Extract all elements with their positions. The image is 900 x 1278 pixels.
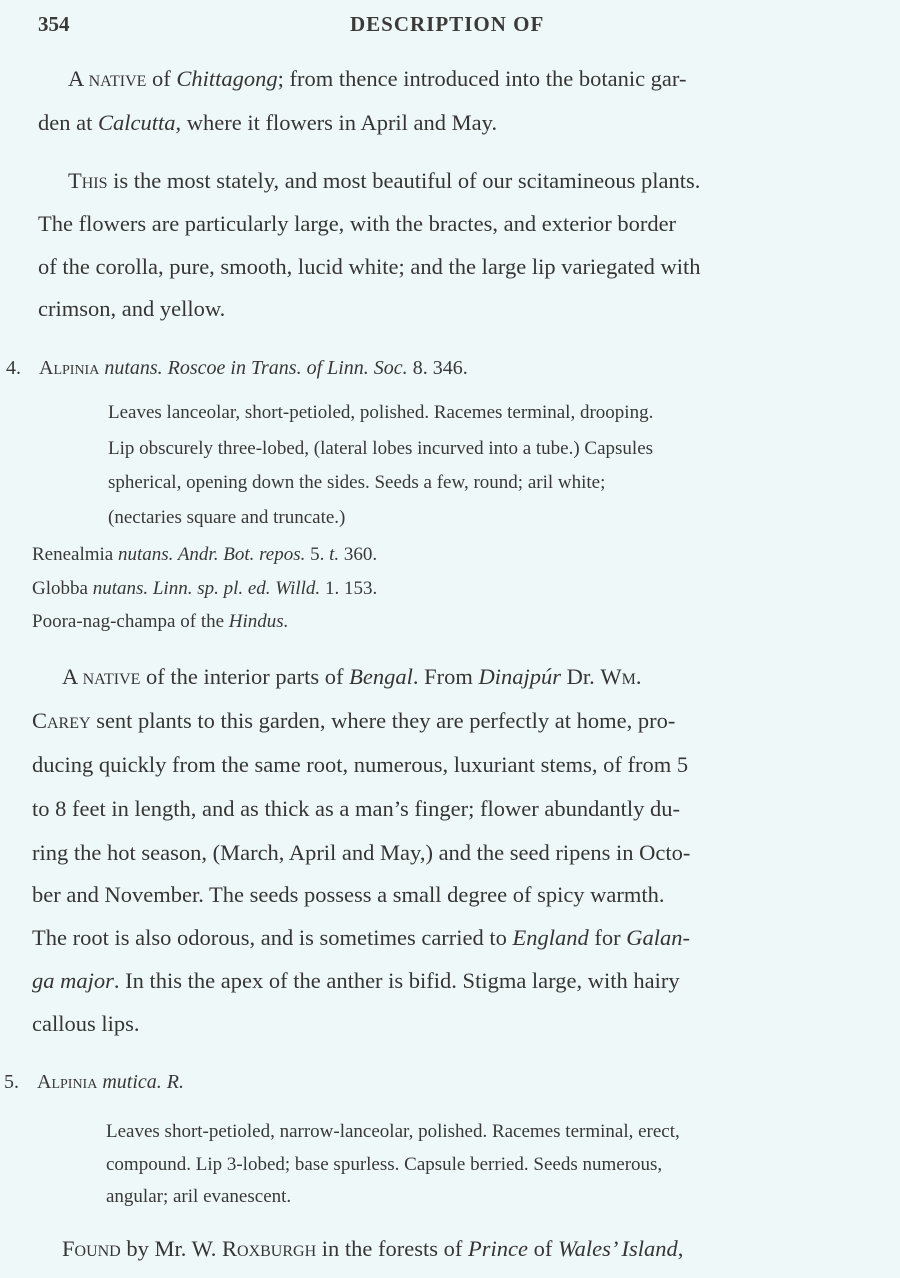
text-line: Found by Mr. W. Roxburgh in the forests … [62, 1236, 683, 1262]
text-line: A native of Chittagong; from thence intr… [68, 66, 886, 92]
text: of [528, 1236, 558, 1261]
genus-name: Alpinia [37, 1071, 97, 1093]
page-header-title: DESCRIPTION OF [350, 12, 544, 37]
description-line: angular; aril evanescent. [106, 1186, 291, 1208]
small-caps-lead: This [68, 168, 108, 193]
text: for [589, 925, 627, 950]
text-line: Carey sent plants to this garden, where … [32, 708, 675, 734]
synonym-line: Renealmia nutans. Andr. Bot. repos. 5. t… [32, 544, 377, 566]
synonym-genus: Renealmia [32, 544, 113, 565]
text: by Mr. W. [121, 1236, 222, 1261]
text: den at [38, 110, 98, 135]
synonym-ref: t. [329, 544, 339, 565]
synonym-ref: 5. [305, 544, 329, 565]
synonym-citation: nutans. Andr. Bot. repos. [118, 544, 305, 565]
plant-name: Galan- [626, 925, 690, 950]
text: of [146, 66, 176, 91]
place-name: Dinajpúr [478, 664, 561, 689]
authority: Roscoe in Trans. of Linn. Soc. [168, 357, 408, 379]
species-number: 4. [6, 357, 21, 379]
text-line: ducing quickly from the same root, numer… [32, 752, 688, 778]
text-line: to 8 feet in length, and as thick as a m… [32, 796, 680, 822]
description-line: compound. Lip 3-lobed; base spurless. Ca… [106, 1154, 662, 1176]
place-name: Prince [468, 1236, 528, 1261]
small-caps-lead: A native [68, 66, 146, 91]
text: sent plants to this garden, where they a… [91, 708, 676, 733]
person-name: Carey [32, 708, 91, 733]
description-line: Leaves short-petioled, narrow-lanceolar,… [106, 1121, 680, 1143]
text: in the forests of [316, 1236, 468, 1261]
book-page: 354 DESCRIPTION OF A native of Chittagon… [0, 0, 900, 1278]
text-line: den at Calcutta, where it flowers in Apr… [38, 110, 497, 136]
species-heading-5: 5.Alpinia mutica. R. [4, 1071, 184, 1094]
description-line: Lip obscurely three-lobed, (lateral lobe… [108, 438, 653, 460]
description-line: Leaves lanceolar, short-petioled, polish… [108, 402, 653, 424]
text-line: of the corolla, pure, smooth, lucid whit… [38, 254, 701, 280]
text-line: The root is also odorous, and is sometim… [32, 925, 690, 951]
vernacular-name: Poora-nag-champa of the [32, 611, 229, 632]
text-line: ga major. In this the apex of the anther… [32, 968, 680, 994]
text: Dr. [561, 664, 600, 689]
text-line: This is the most stately, and most beaut… [68, 168, 700, 194]
description-line: spherical, opening down the sides. Seeds… [108, 472, 605, 494]
description-line: (nectaries square and truncate.) [108, 507, 345, 529]
text-line: A native of the interior parts of Bengal… [62, 664, 641, 690]
text: is the most stately, and most beautiful … [108, 168, 701, 193]
species-name: mutica. [102, 1071, 161, 1093]
text: , where it flowers in April and May. [175, 110, 497, 135]
person-name: Wm. [600, 664, 641, 689]
synonym-ref: 360. [339, 544, 377, 565]
place-name: Chittagong [176, 66, 277, 91]
synonym-citation: nutans. Linn. sp. pl. ed. Willd. [93, 578, 321, 599]
reference: 8. 346. [413, 357, 468, 379]
species-heading-4: 4.Alpinia nutans. Roscoe in Trans. of Li… [6, 357, 468, 380]
text: . In this the apex of the anther is bifi… [114, 968, 680, 993]
text: The root is also odorous, and is sometim… [32, 925, 513, 950]
text-line: The flowers are particularly large, with… [38, 211, 676, 237]
synonym-genus: Globba [32, 578, 88, 599]
vernacular-source: Hindus. [229, 611, 289, 632]
text: . From [413, 664, 479, 689]
place-name: England [513, 925, 589, 950]
species-name: nutans. [104, 357, 162, 379]
place-name: Calcutta [98, 110, 176, 135]
place-name: Wales’ Island [558, 1236, 678, 1261]
synonym-line: Globba nutans. Linn. sp. pl. ed. Willd. … [32, 578, 377, 600]
small-caps-lead: Found [62, 1236, 121, 1261]
plant-name: ga major [32, 968, 114, 993]
text-line: crimson, and yellow. [38, 296, 225, 322]
text: ; from thence introduced into the botani… [278, 66, 687, 91]
text: , [678, 1236, 684, 1261]
authority: R. [167, 1071, 184, 1093]
species-number: 5. [4, 1071, 19, 1093]
synonym-ref: 1. 153. [320, 578, 377, 599]
genus-name: Alpinia [39, 357, 99, 379]
synonym-line: Poora-nag-champa of the Hindus. [32, 611, 288, 633]
small-caps-lead: A native [62, 664, 140, 689]
person-name: Roxburgh [222, 1236, 316, 1261]
place-name: Bengal [349, 664, 413, 689]
text: of the interior parts of [140, 664, 349, 689]
text-line: callous lips. [32, 1011, 140, 1037]
page-number: 354 [38, 12, 70, 37]
text-line: ber and November. The seeds possess a sm… [32, 882, 665, 908]
text-line: ring the hot season, (March, April and M… [32, 840, 690, 866]
